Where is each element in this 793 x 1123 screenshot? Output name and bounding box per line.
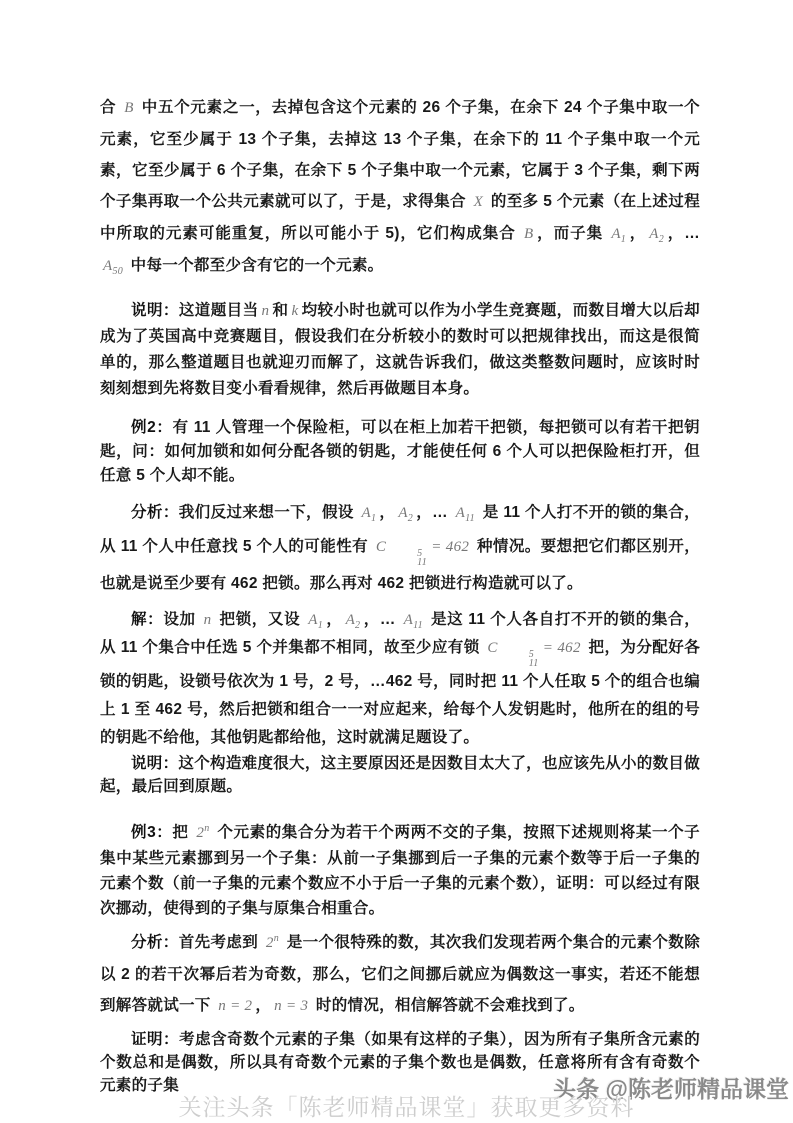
math-formula: n = 3 bbox=[274, 998, 308, 1014]
watermark-bottom: 关注头条「陈老师精品课堂」获取更多资料 bbox=[179, 1089, 635, 1122]
paragraph-analysis-2: 分析：首先考虑到 2n 是一个很特殊的数，其次我们发现若两个集合的元素个数除以 … bbox=[100, 927, 700, 1022]
paragraph-label: 证明： bbox=[131, 1031, 179, 1048]
math-formula: n = 2 bbox=[218, 998, 252, 1014]
math-formula: A1 bbox=[362, 505, 377, 521]
math-formula: A2 bbox=[346, 612, 361, 628]
math-formula: X bbox=[474, 194, 483, 210]
paragraph-analysis-1: 分析：我们反过来想一下，假设 A1，A2，… A11 是 11 个人打不开的锁的… bbox=[100, 496, 700, 600]
paragraph-example-2: 例2：有 11 人管理一个保险柜，可以在柜上加若干把锁，每把锁可以有若干把钥匙，… bbox=[100, 416, 700, 488]
paragraph-label: 分析： bbox=[131, 504, 179, 521]
math-formula: A1 bbox=[611, 226, 626, 242]
paragraph-label: 例3： bbox=[131, 824, 172, 841]
math-formula: A1 bbox=[308, 612, 323, 628]
math-formula: 2n bbox=[196, 825, 209, 841]
math-formula: A50 bbox=[103, 258, 123, 274]
paragraph-continued: 合 B 中五个元素之一，去掉包含这个元素的 26 个子集，在余下 24 个子集中… bbox=[100, 92, 700, 282]
math-formula: B bbox=[524, 226, 533, 242]
math-formula: 2n bbox=[266, 935, 279, 951]
paragraph-label: 说明： bbox=[131, 755, 178, 772]
document-page: 合 B 中五个元素之一，去掉包含这个元素的 26 个子集，在余下 24 个子集中… bbox=[0, 0, 793, 1123]
math-formula: A11 bbox=[404, 612, 423, 628]
paragraph-solution: 解：设加 n 把锁，又设 A1，A2，… A11 是这 11 个人各自打不开的锁… bbox=[100, 606, 700, 752]
math-formula: k bbox=[291, 303, 298, 319]
math-formula: n bbox=[262, 303, 270, 319]
math-formula: B bbox=[124, 100, 133, 116]
paragraph-label: 解： bbox=[131, 611, 163, 628]
document-body: 合 B 中五个元素之一，去掉包含这个元素的 26 个子集，在余下 24 个子集中… bbox=[100, 92, 700, 1097]
math-formula: C511 = 462 bbox=[376, 539, 469, 555]
paragraph-label: 说明： bbox=[131, 302, 179, 319]
paragraph-note-1: 说明：这道题目当n和k均较小时也就可以作为小学生竞赛题，而数目增大以后却成为了英… bbox=[100, 298, 700, 402]
math-formula: A2 bbox=[398, 505, 413, 521]
math-formula: A11 bbox=[456, 505, 475, 521]
paragraph-label: 分析： bbox=[131, 934, 179, 951]
math-formula: A2 bbox=[649, 226, 664, 242]
math-formula: n bbox=[204, 612, 212, 628]
math-formula: C511 = 462 bbox=[487, 640, 580, 656]
paragraph-label: 例2： bbox=[131, 419, 173, 436]
paragraph-note-2: 说明：这个构造难度很大，这主要原因还是因数目太大了，也应该先从小的数目做起，最后… bbox=[100, 752, 700, 798]
paragraph-example-3: 例3：把 2n 个元素的集合分为若干个两两不交的子集，按照下述规则将某一个子集中… bbox=[100, 820, 700, 921]
